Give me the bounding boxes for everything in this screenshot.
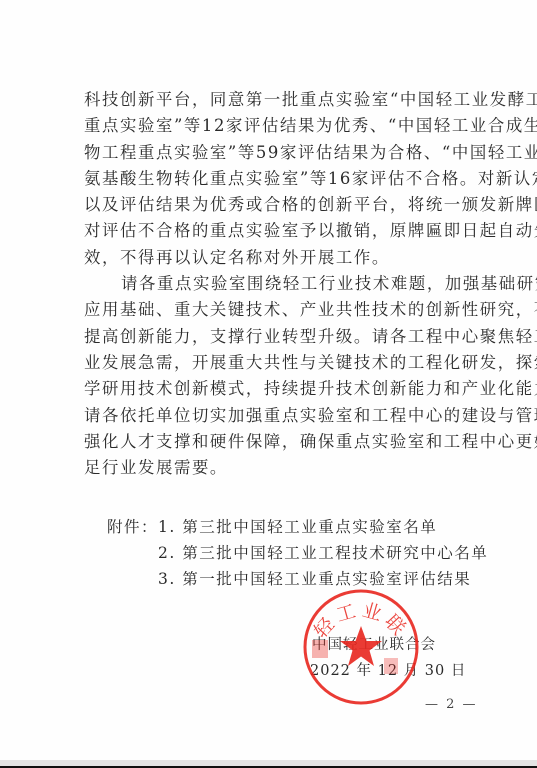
text-line: 应用基础、重大关键技术、产业共性技术的创新性研究，不断 (84, 297, 472, 323)
issuing-organization: 中国轻工业联合会 (310, 632, 460, 658)
text-line: 业发展急需，开展重大共性与关键技术的工程化研发，探索产 (84, 350, 472, 376)
text-line: 强化人才支撑和硬件保障，确保重点实验室和工程中心更好满 (84, 429, 472, 455)
paragraph-requirements: 请各重点实验室围绕轻工行业技术难题，加强基础研究和 应用基础、重大关键技术、产业… (84, 271, 472, 481)
issue-date: 2022 年 12 月 30 日 (310, 658, 460, 684)
page-number: — 2 — (425, 697, 478, 712)
text-line: 对评估不合格的重点实验室予以撤销，原牌匾即日起自动失 (84, 218, 472, 244)
text-line: 请各重点实验室围绕轻工行业技术难题，加强基础研究和 (84, 271, 472, 297)
text-line: 学研用技术创新模式，持续提升技术创新能力和产业化能力。 (84, 376, 472, 402)
text-line: 足行业发展需要。 (84, 455, 472, 481)
attachment-3: 3. 第一批中国轻工业重点实验室评估结果 (158, 566, 471, 592)
text-line: 物工程重点实验室”等59家评估结果为合格、“中国轻工业 (84, 140, 472, 166)
text-line: 效，不得再以认定名称对外开展工作。 (84, 245, 472, 271)
paragraph-evaluation-results: 科技创新平台，同意第一批重点实验室“中国轻工业发酵工程 重点实验室”等12家评估… (84, 87, 472, 271)
text-line: 重点实验室”等12家评估结果为优秀、“中国轻工业合成生 (84, 113, 472, 139)
text-line: 提高创新能力，支撑行业转型升级。请各工程中心聚焦轻工行 (84, 324, 472, 350)
text-line: 科技创新平台，同意第一批重点实验室“中国轻工业发酵工程 (84, 87, 472, 113)
attachments-label: 附件： (107, 514, 158, 540)
text-line: 请各依托单位切实加强重点实验室和工程中心的建设与管理， (84, 403, 472, 429)
text-line: 以及评估结果为优秀或合格的创新平台，将统一颁发新牌匾。 (84, 192, 472, 218)
document-page: 科技创新平台，同意第一批重点实验室“中国轻工业发酵工程 重点实验室”等12家评估… (0, 0, 537, 760)
attachment-1: 1. 第三批中国轻工业重点实验室名单 (158, 514, 437, 540)
document-body: 科技创新平台，同意第一批重点实验室“中国轻工业发酵工程 重点实验室”等12家评估… (84, 87, 472, 481)
attachment-2: 2. 第三批中国轻工业工程技术研究中心名单 (158, 540, 488, 566)
text-line: 氨基酸生物转化重点实验室”等16家评估不合格。对新认定 (84, 166, 472, 192)
signature-block: 中国轻工业联合会 2022 年 12 月 30 日 (310, 632, 460, 684)
